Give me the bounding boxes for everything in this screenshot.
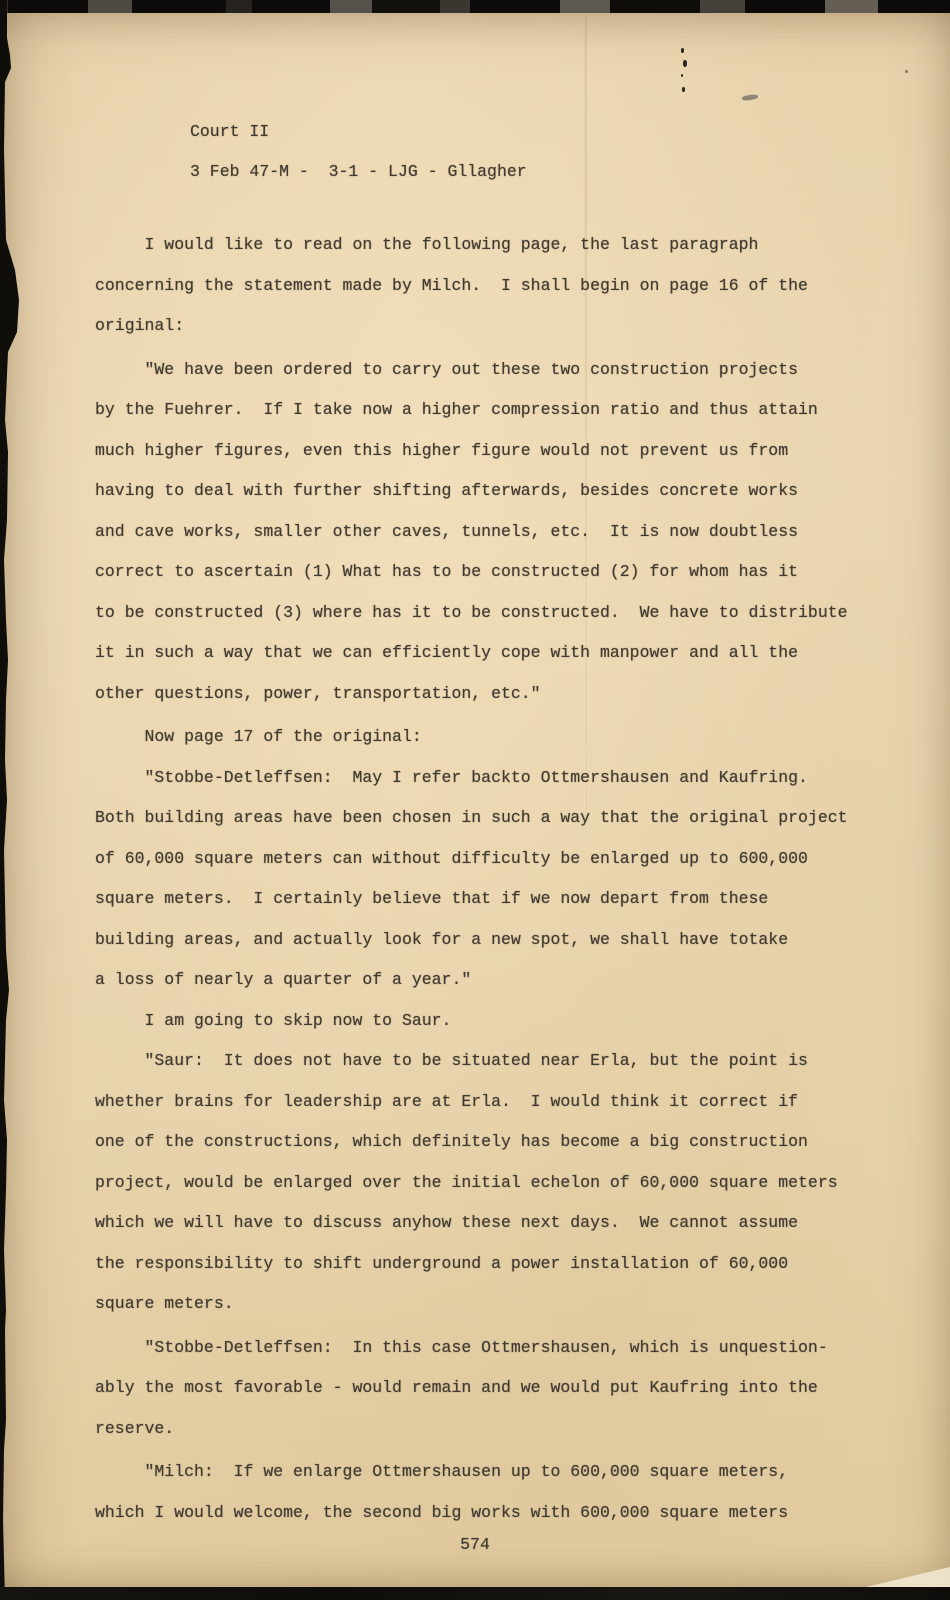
text-line: whether brains for leadership are at Erl…	[95, 1082, 915, 1123]
text-line: project, would be enlarged over the init…	[95, 1163, 915, 1204]
text-line: to be constructed (3) where has it to be…	[95, 593, 915, 634]
text-line: it in such a way that we can efficiently…	[95, 633, 915, 674]
ink-speck	[905, 70, 908, 73]
scanned-document-page: Court II 3 Feb 47-M - 3-1 - LJG - Gllagh…	[0, 0, 950, 1600]
transcript-body: I would like to read on the following pa…	[95, 225, 915, 1533]
page-number: 574	[95, 1528, 855, 1562]
text-line: other questions, power, transportation, …	[95, 674, 915, 715]
text-line: I am going to skip now to Saur.	[95, 1001, 915, 1042]
ink-speck	[681, 48, 684, 53]
text-line: building areas, and actually look for a …	[95, 920, 915, 961]
text-line: having to deal with further shifting aft…	[95, 471, 915, 512]
microfilm-strip-bottom	[0, 1587, 950, 1600]
text-line: "Milch: If we enlarge Ottmershausen up t…	[95, 1452, 915, 1493]
text-line: square meters. I certainly believe that …	[95, 879, 915, 920]
text-line: the responsibility to shift underground …	[95, 1244, 915, 1285]
text-line: correct to ascertain (1) What has to be …	[95, 552, 915, 593]
text-line: "Stobbe-Detleffsen: May I refer backto O…	[95, 758, 915, 799]
ink-speck	[682, 87, 685, 92]
text-line: much higher figures, even this higher fi…	[95, 431, 915, 472]
left-torn-edge	[0, 0, 24, 1600]
text-line: ably the most favorable - would remain a…	[95, 1368, 915, 1409]
text-line: Now page 17 of the original:	[95, 717, 915, 758]
microfilm-strip-top	[0, 0, 950, 14]
text-line: concerning the statement made by Milch. …	[95, 266, 915, 307]
text-line: which we will have to discuss anyhow the…	[95, 1203, 915, 1244]
text-line: square meters.	[95, 1284, 915, 1325]
text-line: reserve.	[95, 1409, 915, 1450]
text-line: which I would welcome, the second big wo…	[95, 1493, 915, 1534]
ink-speck	[683, 60, 687, 67]
text-line: "Saur: It does not have to be situated n…	[95, 1041, 915, 1082]
session-info-line: 3 Feb 47-M - 3-1 - LJG - Gllagher	[190, 152, 527, 192]
text-line: Both building areas have been chosen in …	[95, 798, 915, 839]
text-line: original:	[95, 306, 915, 347]
text-line: a loss of nearly a quarter of a year."	[95, 960, 915, 1001]
page-header: Court II 3 Feb 47-M - 3-1 - LJG - Gllagh…	[190, 112, 527, 192]
text-line: "Stobbe-Detleffsen: In this case Ottmers…	[95, 1328, 915, 1369]
court-label: Court II	[190, 112, 527, 152]
ink-speck	[681, 74, 683, 77]
text-line: and cave works, smaller other caves, tun…	[95, 512, 915, 553]
text-line: by the Fuehrer. If I take now a higher c…	[95, 390, 915, 431]
text-line: "We have been ordered to carry out these…	[95, 350, 915, 391]
text-line: one of the constructions, which definite…	[95, 1122, 915, 1163]
text-line: I would like to read on the following pa…	[95, 225, 915, 266]
text-line: of 60,000 square meters can without diff…	[95, 839, 915, 880]
